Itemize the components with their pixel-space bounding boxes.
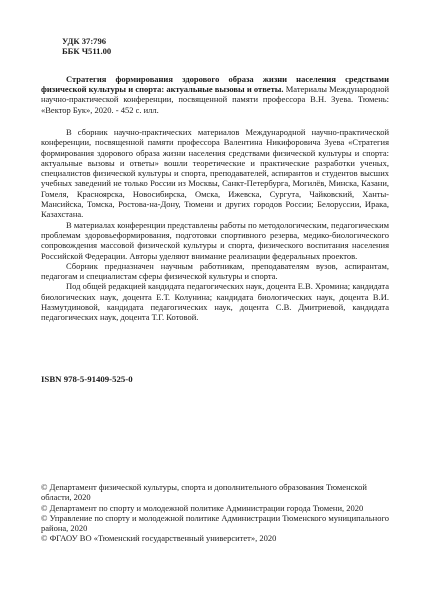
bbk-code: ББК Ч511.00 [62,46,389,56]
annotation-paragraph-3: Сборник предназначен научным работникам,… [41,261,389,282]
editors-paragraph: Под общей редакцией кандидата педагогиче… [41,281,389,322]
annotation-paragraph-1: В сборник научно-практических материалов… [41,127,389,220]
copyright-line-2: © Департамент по спорту и молодежной пол… [41,503,393,513]
annotation-paragraph-2: В материалах конференции представлены ра… [41,220,389,261]
book-imprint-page: УДК 37:796 ББК Ч511.00 Стратегия формиро… [0,0,424,600]
copyright-line-3: © Управление по спорту и молодежной поли… [41,513,393,534]
classification-codes: УДК 37:796 ББК Ч511.00 [62,36,389,57]
isbn: ISBN 978-5-91409-525-0 [41,374,133,385]
copyright-line-1: © Департамент физической культуры, спорт… [41,482,393,503]
bibliographic-record: Стратегия формирования здорового образа … [41,74,389,115]
copyright-block: © Департамент физической культуры, спорт… [41,482,393,544]
udc-code: УДК 37:796 [62,36,389,46]
annotation-block: В сборник научно-практических материалов… [41,127,389,323]
copyright-line-4: © ФГАОУ ВО «Тюменский государственный ун… [41,533,393,543]
